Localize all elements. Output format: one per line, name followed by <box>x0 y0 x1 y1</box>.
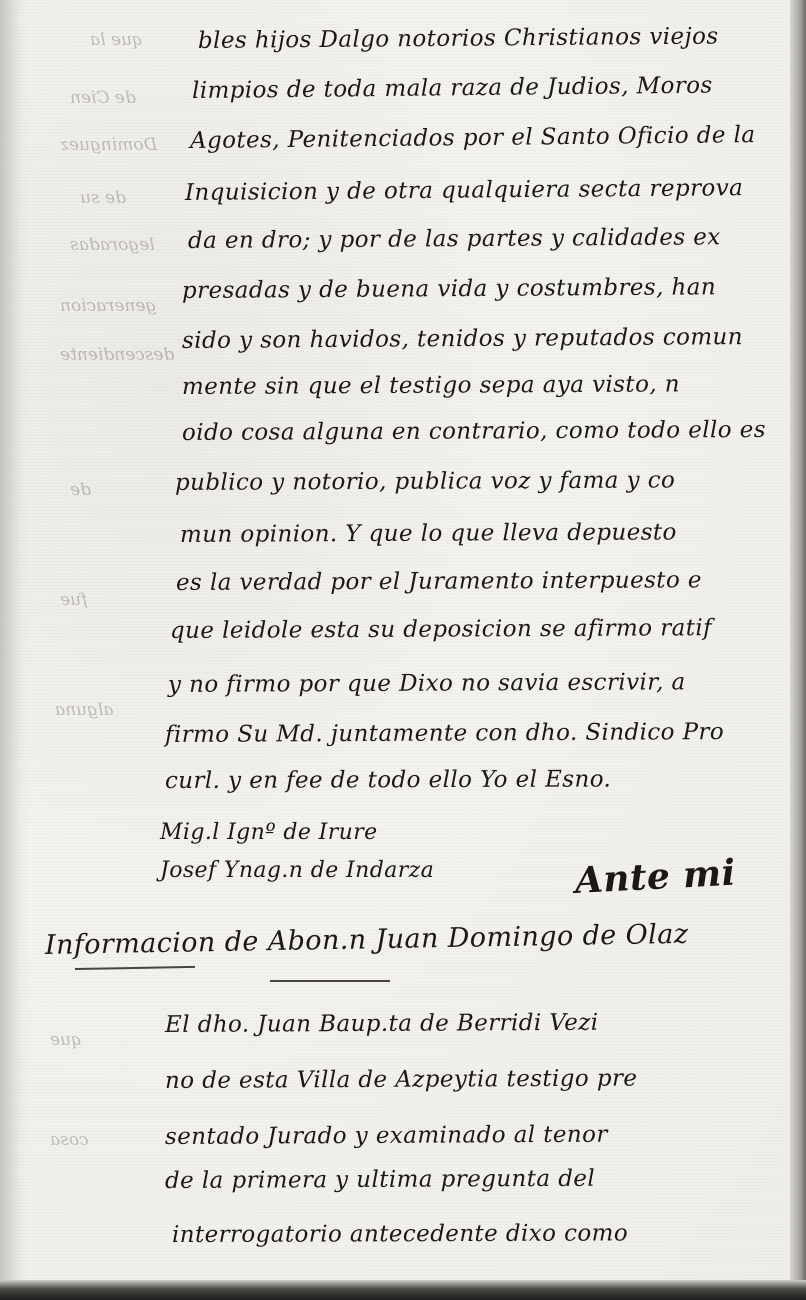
text-line: que leidole esta su deposicion se afirmo… <box>170 615 712 644</box>
text-line: da en dro; y por de las partes y calidad… <box>188 224 721 254</box>
text-line: presadas y de buena vida y costumbres, h… <box>182 274 716 304</box>
text-line: El dho. Juan Baup.ta de Berridi Vezi <box>165 1010 599 1038</box>
notary-signature-flourish: Ante mi <box>574 852 737 902</box>
page-right-edge <box>790 0 806 1300</box>
signature-indarza: Josef Ynag.n de Indarza <box>160 858 434 883</box>
text-line: de la primera y ultima pregunta del <box>165 1166 595 1194</box>
text-line: oido cosa alguna en contrario, como todo… <box>182 417 766 446</box>
text-line: limpios de toda mala raza de Judios, Mor… <box>192 73 713 104</box>
text-line: Agotes, Penitenciados por el Santo Ofici… <box>190 122 756 154</box>
manuscript-page: que la de Cien Dominguez de su legoradas… <box>0 0 791 1282</box>
signature-irure: Mig.l Ignº de Irure <box>160 820 378 845</box>
text-line: mente sin que el testigo sepa aya visto,… <box>182 371 680 400</box>
text-line: bles hijos Dalgo notorios Christianos vi… <box>198 23 719 54</box>
text-line: sido y son havidos, tenidos y reputados … <box>182 324 743 354</box>
heading-underline <box>270 980 390 982</box>
text-line: mun opinion. Y que lo que lleva depuesto <box>180 519 677 548</box>
text-line: y no firmo por que Dixo no savia escrivi… <box>168 669 686 698</box>
page-bottom-edge <box>0 1280 806 1300</box>
handwritten-text: bles hijos Dalgo notorios Christianos vi… <box>0 0 790 1282</box>
text-line: interrogatorio antecedente dixo como <box>172 1220 628 1248</box>
text-line: Inquisicion y de otra qualquiera secta r… <box>185 175 743 206</box>
text-line: publico y notorio, publica voz y fama y … <box>175 467 675 496</box>
text-line: sentado Jurado y examinado al tenor <box>165 1122 608 1150</box>
text-line: firmo Su Md. juntamente con dho. Sindico… <box>165 719 724 748</box>
text-line: es la verdad por el Juramento interpuest… <box>176 567 702 596</box>
text-line: curl. y en fee de todo ello Yo el Esno. <box>165 766 611 794</box>
text-line: no de esta Villa de Azpeytia testigo pre <box>165 1066 638 1094</box>
heading-underline <box>75 966 195 970</box>
section-heading: Informacion de Abon.n Juan Domingo de Ol… <box>45 919 689 961</box>
